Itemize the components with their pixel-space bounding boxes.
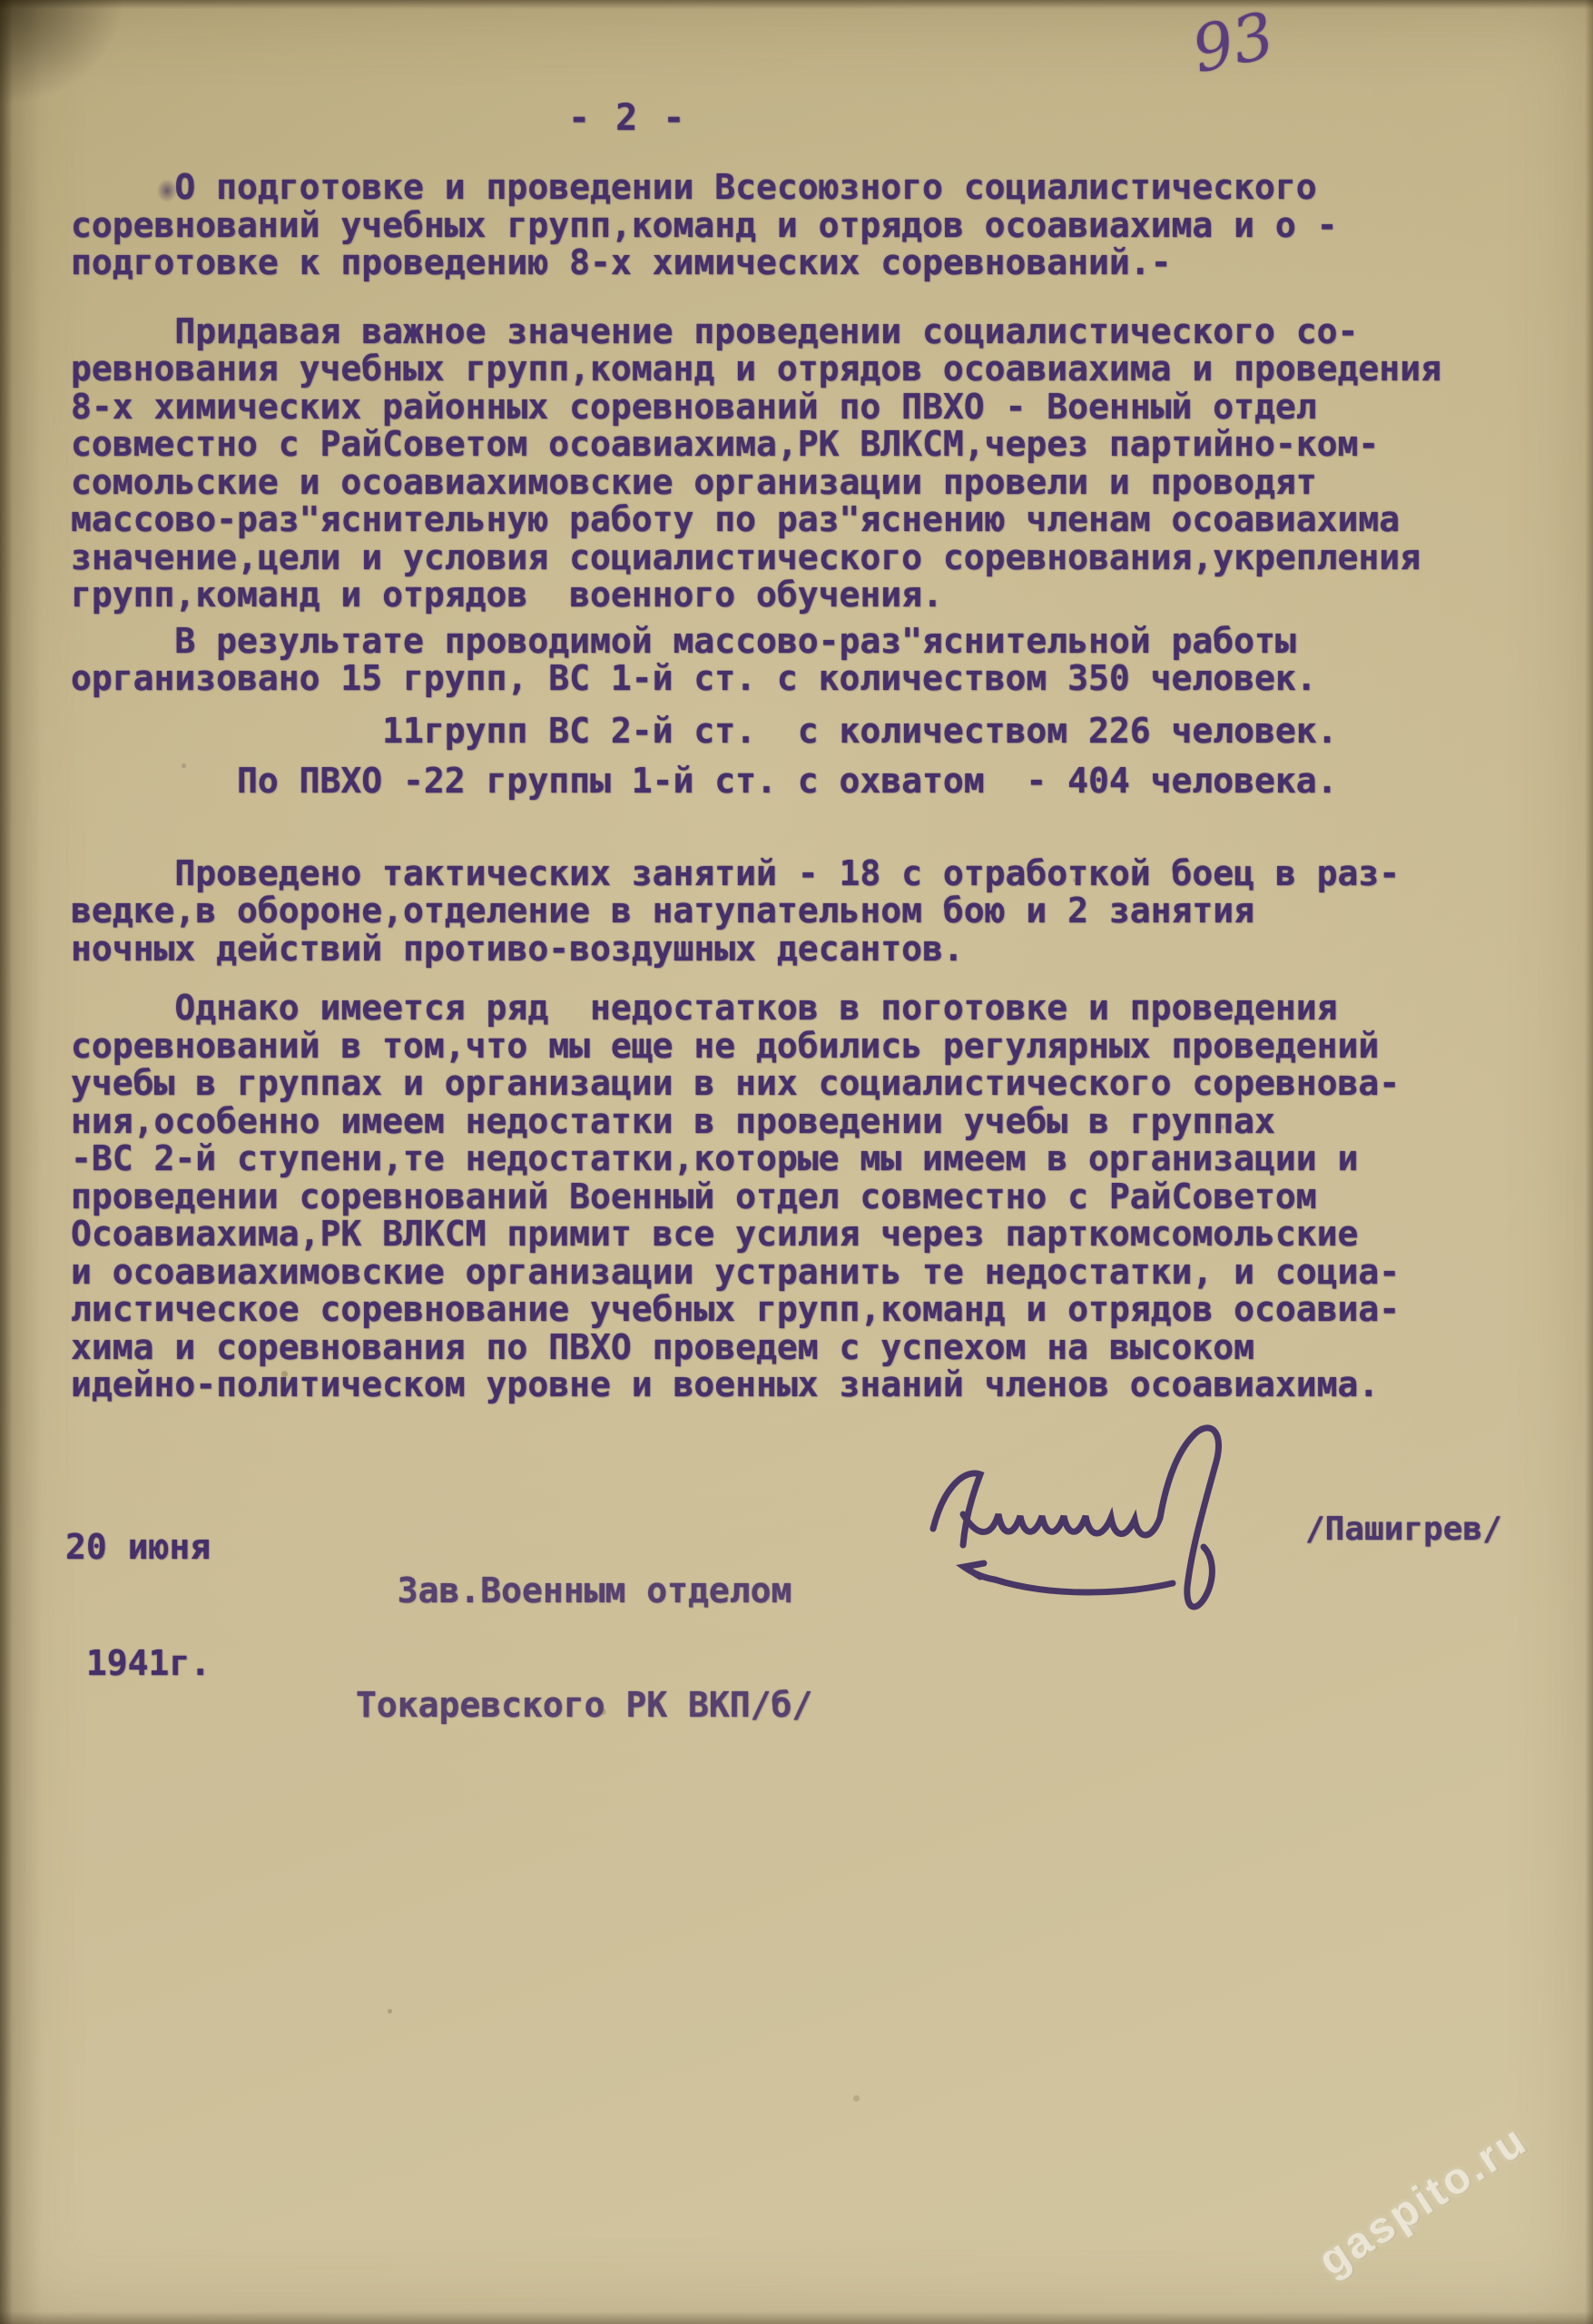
text-line: организовано 15 групп, ВС 1-й ст. с коли… (71, 660, 1541, 698)
handwritten-page-number: 93 (1185, 0, 1280, 87)
signature-stroke (1160, 1428, 1219, 1607)
text-line: ния,особенно имеем недостатки в проведен… (71, 1103, 1541, 1141)
text-line: соревнований учебных групп,команд и отря… (71, 207, 1541, 245)
signer-title-block: Зав.Военным отделом Токаревского РК ВКП/… (356, 1496, 812, 1800)
text-block-subject: О подготовке и проведении Всесоюзного со… (71, 169, 1541, 282)
text-block-context: Придавая важное значение проведении соци… (71, 313, 1541, 615)
text-line: ревнования учебных групп,команд и отрядо… (71, 350, 1541, 389)
watermark: gaspito.ru (1310, 2115, 1537, 2287)
handwritten-signature (908, 1409, 1298, 1627)
text-line: массово-раз"яснительную работу по раз"яс… (71, 501, 1541, 539)
signature-stroke (964, 1563, 995, 1580)
signature-stroke (995, 1580, 1173, 1592)
date-line: 20 июня (65, 1529, 211, 1567)
text-line: листическое соревнование учебных групп,к… (71, 1291, 1541, 1329)
text-line: -ВС 2-й ступени,те недостатки,которые мы… (71, 1140, 1541, 1178)
text-line: По ПВХО -22 группы 1-й ст. с охватом - 4… (71, 763, 1541, 801)
text-line: и осоавиахимовские организации устранить… (71, 1254, 1541, 1292)
text-block-results: В результате проводимой массово-раз"ясни… (71, 623, 1541, 698)
signature-stroke (933, 1473, 980, 1545)
text-block-tactical: Проведено тактических занятий - 18 с отр… (71, 855, 1541, 969)
text-line: проведении соревнований Военный отдел со… (71, 1178, 1541, 1216)
text-block-vs2: 11групп ВС 2-й ст. с количеством 226 чел… (71, 713, 1541, 751)
text-line: В результате проводимой массово-раз"ясни… (71, 623, 1541, 661)
text-line: групп,команд и отрядов военного обучения… (71, 576, 1541, 615)
text-line: Однако имеется ряд недостатков в поготов… (71, 990, 1541, 1028)
text-line: ночных действий противо-воздушных десант… (71, 931, 1541, 969)
signature-name-typed: /Пашигрев/ (1305, 1511, 1502, 1548)
signer-title-line: Токаревского РК ВКП/б/ (356, 1687, 812, 1725)
document-body: О подготовке и проведении Всесоюзного со… (71, 169, 1541, 1404)
text-block-shortcomings: Однако имеется ряд недостатков в поготов… (71, 990, 1541, 1404)
text-line: подготовке к проведению 8-х химических с… (71, 244, 1541, 282)
text-line: 8-х химических районных соревнований по … (71, 389, 1541, 427)
scanned-document-page: 93 - 2 - О подготовке и проведении Всесо… (0, 0, 1593, 2324)
text-line: ведке,в обороне,отделение в натупательно… (71, 892, 1541, 931)
signer-title-line: Зав.Военным отделом (356, 1572, 812, 1610)
text-line: 11групп ВС 2-й ст. с количеством 226 чел… (71, 713, 1541, 751)
text-line: соревнований в том,что мы еще не добилис… (71, 1028, 1541, 1066)
date-line: 1941г. (65, 1645, 211, 1683)
signature-stroke (963, 1514, 1160, 1535)
paper-specks (0, 0, 3, 3)
text-line: идейно-политическом уровне и военных зна… (71, 1366, 1541, 1404)
date-block: 20 июня 1941г. (65, 1451, 211, 1760)
text-line: учебы в группах и организации в них соци… (71, 1065, 1541, 1103)
text-line: Придавая важное значение проведении соци… (71, 313, 1541, 351)
typed-page-number: - 2 - (568, 98, 686, 138)
text-line: значение,цели и условия социалистическог… (71, 539, 1541, 577)
text-line: хима и соревнования по ПВХО проведем с у… (71, 1329, 1541, 1367)
text-line: Осоавиахима,РК ВЛКСМ примит все усилия ч… (71, 1216, 1541, 1254)
text-block-pvho: По ПВХО -22 группы 1-й ст. с охватом - 4… (71, 763, 1541, 801)
text-line: Проведено тактических занятий - 18 с отр… (71, 855, 1541, 893)
text-line: О подготовке и проведении Всесоюзного со… (71, 169, 1541, 207)
text-line: совместно с РайСоветом осоавиахима,РК ВЛ… (71, 426, 1541, 464)
text-line: сомольские и осоавиахимовские организаци… (71, 464, 1541, 502)
